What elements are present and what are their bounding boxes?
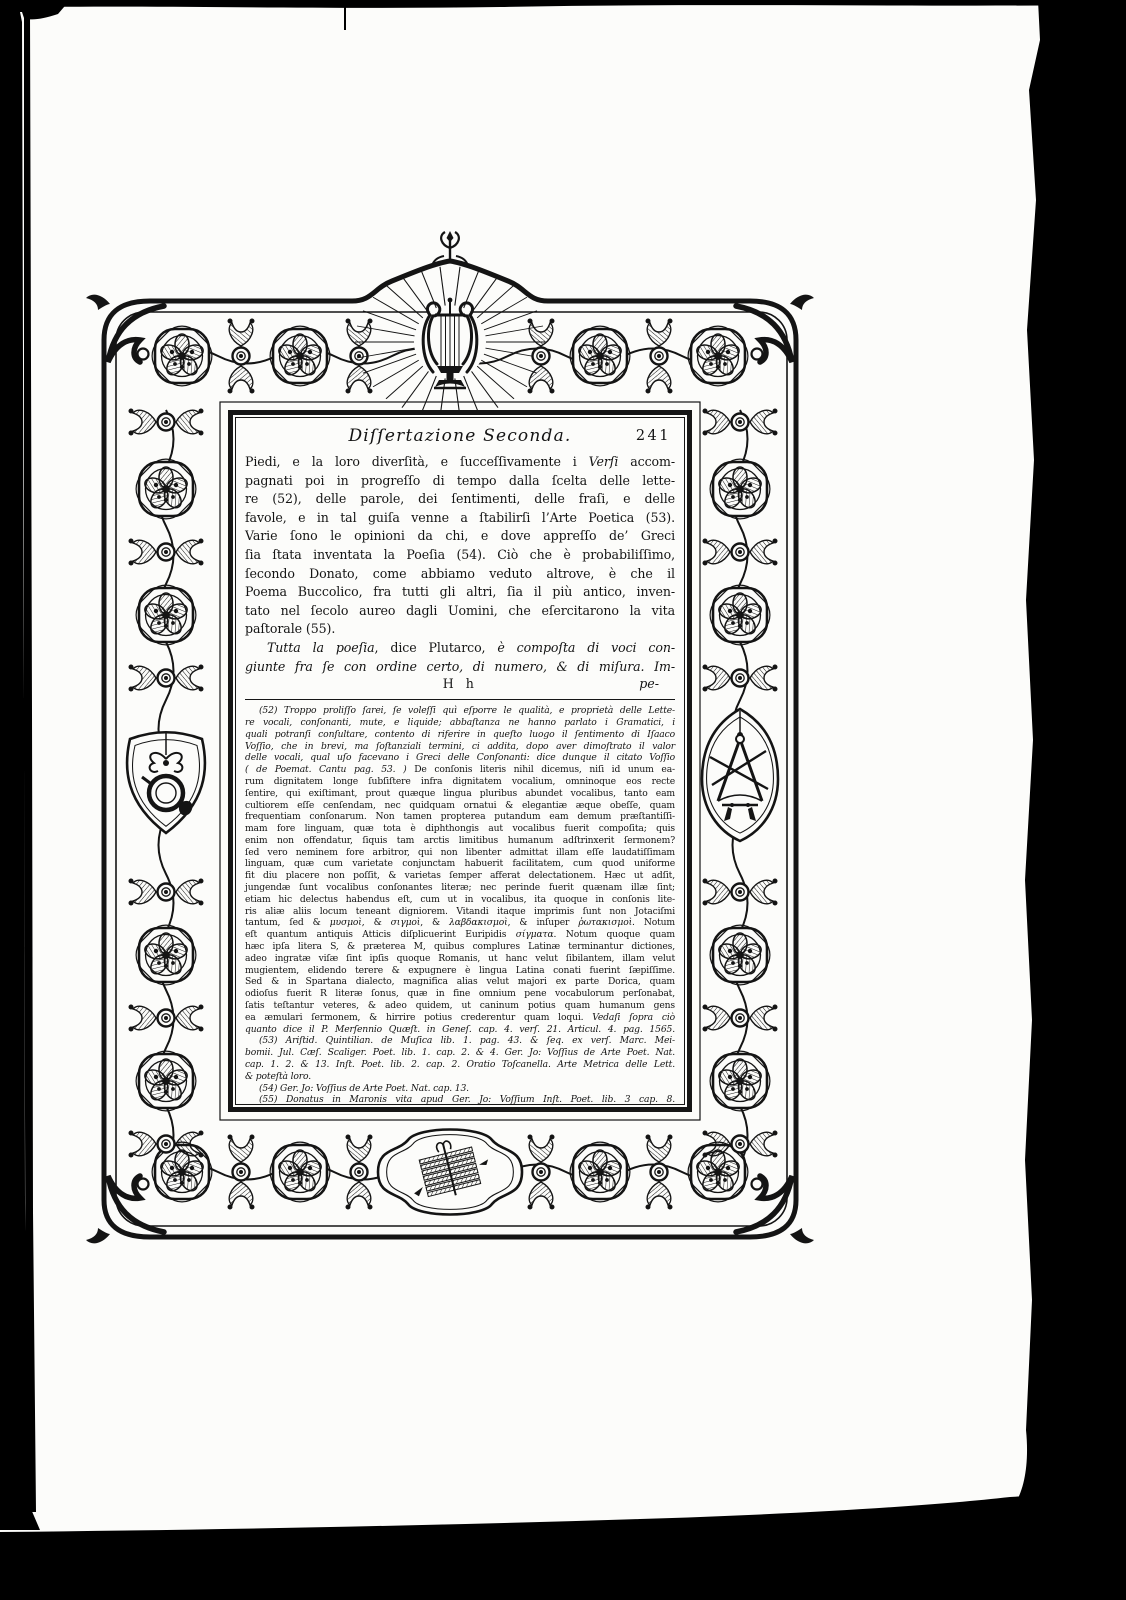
tulip-icon xyxy=(703,1005,777,1031)
text-line: (52) Troppo proliſſo ſarei, ſe voleſſi q… xyxy=(245,705,675,717)
rosette-icon xyxy=(702,917,778,993)
text-segment: adeo ingratæ viſæ ſint ipſis quoque Roma… xyxy=(245,953,675,964)
tulip-icon xyxy=(129,1005,203,1031)
text-line: ſecondo Donato, come abbiamo veduto altr… xyxy=(245,565,675,584)
text-segment: bomii. Jul. Cæſ. Scaliger. Poet. lib. 1.… xyxy=(245,1047,675,1058)
rosette-icon xyxy=(680,318,756,394)
text-line: ris aliæ aliis locum teneant digniorem. … xyxy=(245,906,675,918)
text-segment: accom- xyxy=(618,454,675,469)
text-line: tato nel ſecolo aureo dagli Uomini, che … xyxy=(245,602,675,621)
text-line: fit diu placere non poſſit, & varietas ſ… xyxy=(245,870,675,882)
text-segment: quanto dice il P. Merſennio Quæſt. in Ge… xyxy=(245,1024,675,1035)
lyre-sunburst-icon xyxy=(355,267,545,417)
catchword: pe- xyxy=(639,676,659,691)
text-segment: , & xyxy=(420,917,449,928)
text-line: paſtorale (55). xyxy=(245,620,675,639)
text-segment: Verſi xyxy=(589,454,619,469)
text-line: frequentiam conſonarum. Non tamen propte… xyxy=(245,811,675,823)
signature-mark: H h xyxy=(443,676,478,691)
signature-line: H h pe- xyxy=(245,676,675,695)
text-segment: μυσμοὶ xyxy=(330,917,362,928)
text-line: ( de Poemat. Cantu pag. 53. ) De conſoni… xyxy=(245,764,675,776)
scan-right-edge xyxy=(995,0,1126,1600)
text-segment: giunte fra ſe con ordine certo, di numer… xyxy=(245,659,675,674)
text-segment: (55) Donatus in Maronis vita apud Ger. J… xyxy=(259,1094,675,1105)
text-segment: quali potranſi conſultare, contento di r… xyxy=(245,729,675,740)
text-segment: Vedaſi ſopra ciò xyxy=(592,1012,675,1023)
text-line: cap. 1. 2. & 13. Inſt. Poet. lib. 2. cap… xyxy=(245,1059,675,1071)
text-line: Tutta la poeſia, dice Plutarco, è compoſ… xyxy=(245,639,675,658)
text-segment: enim non offendatur, ſiquis tam arctis l… xyxy=(245,835,675,846)
text-line: ſia ſtata inventata la Poeſia (54). Ciò … xyxy=(245,546,675,565)
tulip-icon xyxy=(228,319,254,393)
rosette-icon xyxy=(562,318,638,394)
text-line: delle vocali, qual uſo facevano i Greci … xyxy=(245,752,675,764)
rosette-icon xyxy=(262,1134,338,1210)
rosette-icon xyxy=(562,1134,638,1210)
text-line: etiam hic delectus habendus eſt, cum ut … xyxy=(245,894,675,906)
text-panel-inner: Diſſertazione Seconda. 241 Piedi, e la l… xyxy=(235,417,685,1105)
text-segment: , & xyxy=(362,917,391,928)
text-line: jungendæ ſunt vocalibus conſonantes lite… xyxy=(245,882,675,894)
panpipes-icon xyxy=(378,1130,522,1215)
text-segment: jungendæ ſunt vocalibus conſonantes lite… xyxy=(245,882,675,893)
text-segment: hæc ipſa litera S, & præterea M, quibus … xyxy=(245,941,675,952)
text-segment: Voſſio, che in brevi, ma ſoſtanziali ter… xyxy=(245,741,675,752)
tulip-icon xyxy=(646,319,672,393)
page-number: 241 xyxy=(636,428,671,444)
text-segment: linguam, quæ cum varietate conjunctam ha… xyxy=(245,858,675,869)
text-segment: ris aliæ aliis locum teneant digniorem. … xyxy=(245,906,675,917)
tulip-icon xyxy=(228,1135,254,1209)
body-text: Piedi, e la loro diverſità, e ſucceſſiva… xyxy=(245,453,675,676)
tulip-icon xyxy=(528,1135,554,1209)
rosette-icon xyxy=(702,451,778,527)
text-line: quali potranſi conſultare, contento di r… xyxy=(245,729,675,741)
tulip-icon xyxy=(129,539,203,565)
scanned-page: Diſſertazione Seconda. 241 Piedi, e la l… xyxy=(0,0,1126,1600)
text-segment: Piedi, e la loro diverſità, e ſucceſſiva… xyxy=(245,454,589,469)
text-line: rum dignitatem longe ſubſiſtere infra di… xyxy=(245,776,675,788)
text-segment: ( de Poemat. Cantu pag. 53. ) xyxy=(245,764,414,775)
text-line: (53) Ariſtid. Quintilian. de Muſica lib.… xyxy=(245,1035,675,1047)
text-segment: Tutta la poeſia xyxy=(267,640,375,655)
rosette-icon xyxy=(128,917,204,993)
text-line: Piedi, e la loro diverſità, e ſucceſſiva… xyxy=(245,453,675,472)
hunting-horn-icon xyxy=(127,731,205,833)
text-segment: & poteſtà loro. xyxy=(245,1071,311,1082)
scan-gutter-line xyxy=(0,0,70,1530)
text-segment: fit diu placere non poſſit, & varietas ſ… xyxy=(245,870,675,881)
text-line: hæc ipſa litera S, & præterea M, quibus … xyxy=(245,941,675,953)
text-line: linguam, quæ cum varietate conjunctam ha… xyxy=(245,858,675,870)
text-segment: cap. 1. 2. & 13. Inſt. Poet. lib. 2. cap… xyxy=(245,1059,675,1070)
text-line: re vocali, conſonanti, mute, e liquide; … xyxy=(245,717,675,729)
rosette-icon xyxy=(128,1043,204,1119)
scan-top-edge xyxy=(0,0,1126,8)
text-segment: mam fore linguam, quæ tota è diphthongis… xyxy=(245,823,675,834)
scan-bottom-edge xyxy=(0,1490,1126,1600)
page-title: Diſſertazione Seconda. xyxy=(348,426,571,446)
tulip-icon xyxy=(703,409,777,435)
text-line: odioſus fuerit R literæ ſonus, quæ in fi… xyxy=(245,988,675,1000)
text-segment: ea æmulari ſermonem, & hirrire potius cr… xyxy=(245,1012,592,1023)
text-segment: σιγμοὶ xyxy=(391,917,421,928)
rosette-icon xyxy=(702,1043,778,1119)
text-segment: tato nel ſecolo aureo dagli Uomini, che … xyxy=(245,603,675,618)
text-segment: etiam hic delectus habendus eſt, cum ut … xyxy=(245,894,675,905)
text-line: adeo ingratæ viſæ ſint ipſis quoque Roma… xyxy=(245,953,675,965)
text-line: bomii. Jul. Cæſ. Scaliger. Poet. lib. 1.… xyxy=(245,1047,675,1059)
rosette-icon xyxy=(144,318,220,394)
text-segment: rum dignitatem longe ſubſiſtere infra di… xyxy=(245,776,675,787)
text-segment: , & inſuper xyxy=(508,917,579,928)
text-line: tantum, ſed & μυσμοὶ, & σιγμοὶ, & λαβδακ… xyxy=(245,917,675,929)
tulip-icon xyxy=(129,665,203,691)
text-segment: Sed & in Spartana dialecto, magnifica al… xyxy=(245,976,675,987)
text-line: cultiorem eſſe cenſendam, nec quidquam o… xyxy=(245,800,675,812)
tulip-icon xyxy=(346,1135,372,1209)
text-line: (55) Donatus in Maronis vita apud Ger. J… xyxy=(245,1094,675,1105)
tulip-icon xyxy=(129,879,203,905)
text-line: (54) Ger. Jo: Voſſius de Arte Poet. Nat.… xyxy=(245,1083,675,1095)
text-line: Sed & in Spartana dialecto, magnifica al… xyxy=(245,976,675,988)
text-line: eſt quantum antiquis Atticis diſplicueri… xyxy=(245,929,675,941)
rosette-icon xyxy=(262,318,338,394)
text-segment: (53) Ariſtid. Quintilian. de Muſica lib.… xyxy=(259,1035,675,1046)
text-segment: (54) Ger. Jo: Voſſius de Arte Poet. Nat.… xyxy=(259,1083,469,1094)
text-segment: ſentire, qui exiſtimant, prout quæque li… xyxy=(245,788,675,799)
text-segment: ſecondo Donato, come abbiamo veduto altr… xyxy=(245,566,675,581)
tulip-icon xyxy=(646,1135,672,1209)
text-segment: re vocali, conſonanti, mute, e liquide; … xyxy=(245,717,675,728)
text-segment: delle vocali, qual uſo facevano i Greci … xyxy=(245,752,675,763)
text-segment: pagnati poi in progreſſo di tempo dalla … xyxy=(245,473,675,488)
text-line: Poema Buccolico, fra tutti gli altri, ſi… xyxy=(245,583,675,602)
text-line: mugientem, elidendo terere & expugnere è… xyxy=(245,965,675,977)
text-line: quanto dice il P. Merſennio Quæſt. in Ge… xyxy=(245,1024,675,1036)
dividers-compass-icon xyxy=(702,709,778,841)
text-line: ea æmulari ſermonem, & hirrire potius cr… xyxy=(245,1012,675,1024)
tulip-icon xyxy=(129,409,203,435)
rosette-icon xyxy=(702,577,778,653)
tulip-icon xyxy=(703,879,777,905)
text-segment: ſed vero neminem fore arbitror, qui non … xyxy=(245,847,675,858)
text-segment: (52) Troppo proliſſo ſarei, ſe voleſſi q… xyxy=(259,705,675,716)
text-line: pagnati poi in progreſſo di tempo dalla … xyxy=(245,472,675,491)
text-segment: , dice Plutarco, xyxy=(375,640,498,655)
text-panel: Diſſertazione Seconda. 241 Piedi, e la l… xyxy=(228,410,692,1112)
text-segment: odioſus fuerit R literæ ſonus, quæ in fi… xyxy=(245,988,675,999)
text-segment: . Notum quoque quam xyxy=(554,929,675,940)
tulip-icon xyxy=(703,539,777,565)
text-segment: paſtorale (55). xyxy=(245,621,335,636)
tulip-icon xyxy=(528,319,554,393)
scan-top-tick xyxy=(344,0,346,30)
text-segment: ſia ſtata inventata la Poeſia (54). Ciò … xyxy=(245,547,675,562)
text-segment: Poema Buccolico, fra tutti gli altri, ſi… xyxy=(245,584,675,599)
text-segment: frequentiam conſonarum. Non tamen propte… xyxy=(245,811,675,822)
text-line: ſentire, qui exiſtimant, prout quæque li… xyxy=(245,788,675,800)
text-line: ſed vero neminem fore arbitror, qui non … xyxy=(245,847,675,859)
text-segment: λαβδακισμοὶ xyxy=(449,917,507,928)
text-line: Varie ſono le opinioni da chi, e dove ap… xyxy=(245,527,675,546)
text-line: & poteſtà loro. xyxy=(245,1071,675,1083)
text-segment: σίγματα xyxy=(516,929,554,940)
text-segment: è compoſta di voci con- xyxy=(497,640,675,655)
text-line: giunte fra ſe con ordine certo, di numer… xyxy=(245,658,675,677)
text-segment: ſatis teſtantur veteres, & adeo quidem, … xyxy=(245,1000,675,1011)
text-line: mam fore linguam, quæ tota è diphthongis… xyxy=(245,823,675,835)
text-segment: cultiorem eſſe cenſendam, nec quidquam o… xyxy=(245,800,675,811)
page-header: Diſſertazione Seconda. 241 xyxy=(245,426,675,446)
text-line: re (52), delle parole, dei ſentimenti, d… xyxy=(245,490,675,509)
text-segment: favole, e in tal guiſa venne a ſtabilirſ… xyxy=(245,510,675,525)
text-segment: ῥωτακισμοὶ xyxy=(578,917,632,928)
footnotes: (52) Troppo proliſſo ſarei, ſe voleſſi q… xyxy=(245,705,675,1105)
text-line: ſatis teſtantur veteres, & adeo quidem, … xyxy=(245,1000,675,1012)
rosette-icon xyxy=(128,451,204,527)
text-segment: Varie ſono le opinioni da chi, e dove ap… xyxy=(245,528,675,543)
rosette-icon xyxy=(128,577,204,653)
text-segment: mugientem, elidendo terere & expugnere è… xyxy=(245,965,675,976)
text-segment: . Notum xyxy=(632,917,675,928)
tulip-icon xyxy=(703,665,777,691)
footnote-separator xyxy=(245,699,675,700)
text-segment: re (52), delle parole, dei ſentimenti, d… xyxy=(245,491,675,506)
text-line: enim non offendatur, ſiquis tam arctis l… xyxy=(245,835,675,847)
text-line: favole, e in tal guiſa venne a ſtabilirſ… xyxy=(245,509,675,528)
text-line: Voſſio, che in brevi, ma ſoſtanziali ter… xyxy=(245,741,675,753)
text-segment: eſt quantum antiquis Atticis diſplicueri… xyxy=(245,929,516,940)
text-segment: tantum, ſed & xyxy=(245,917,330,928)
text-segment: De conſonis literis nihil dicemus, niſi … xyxy=(414,764,675,775)
